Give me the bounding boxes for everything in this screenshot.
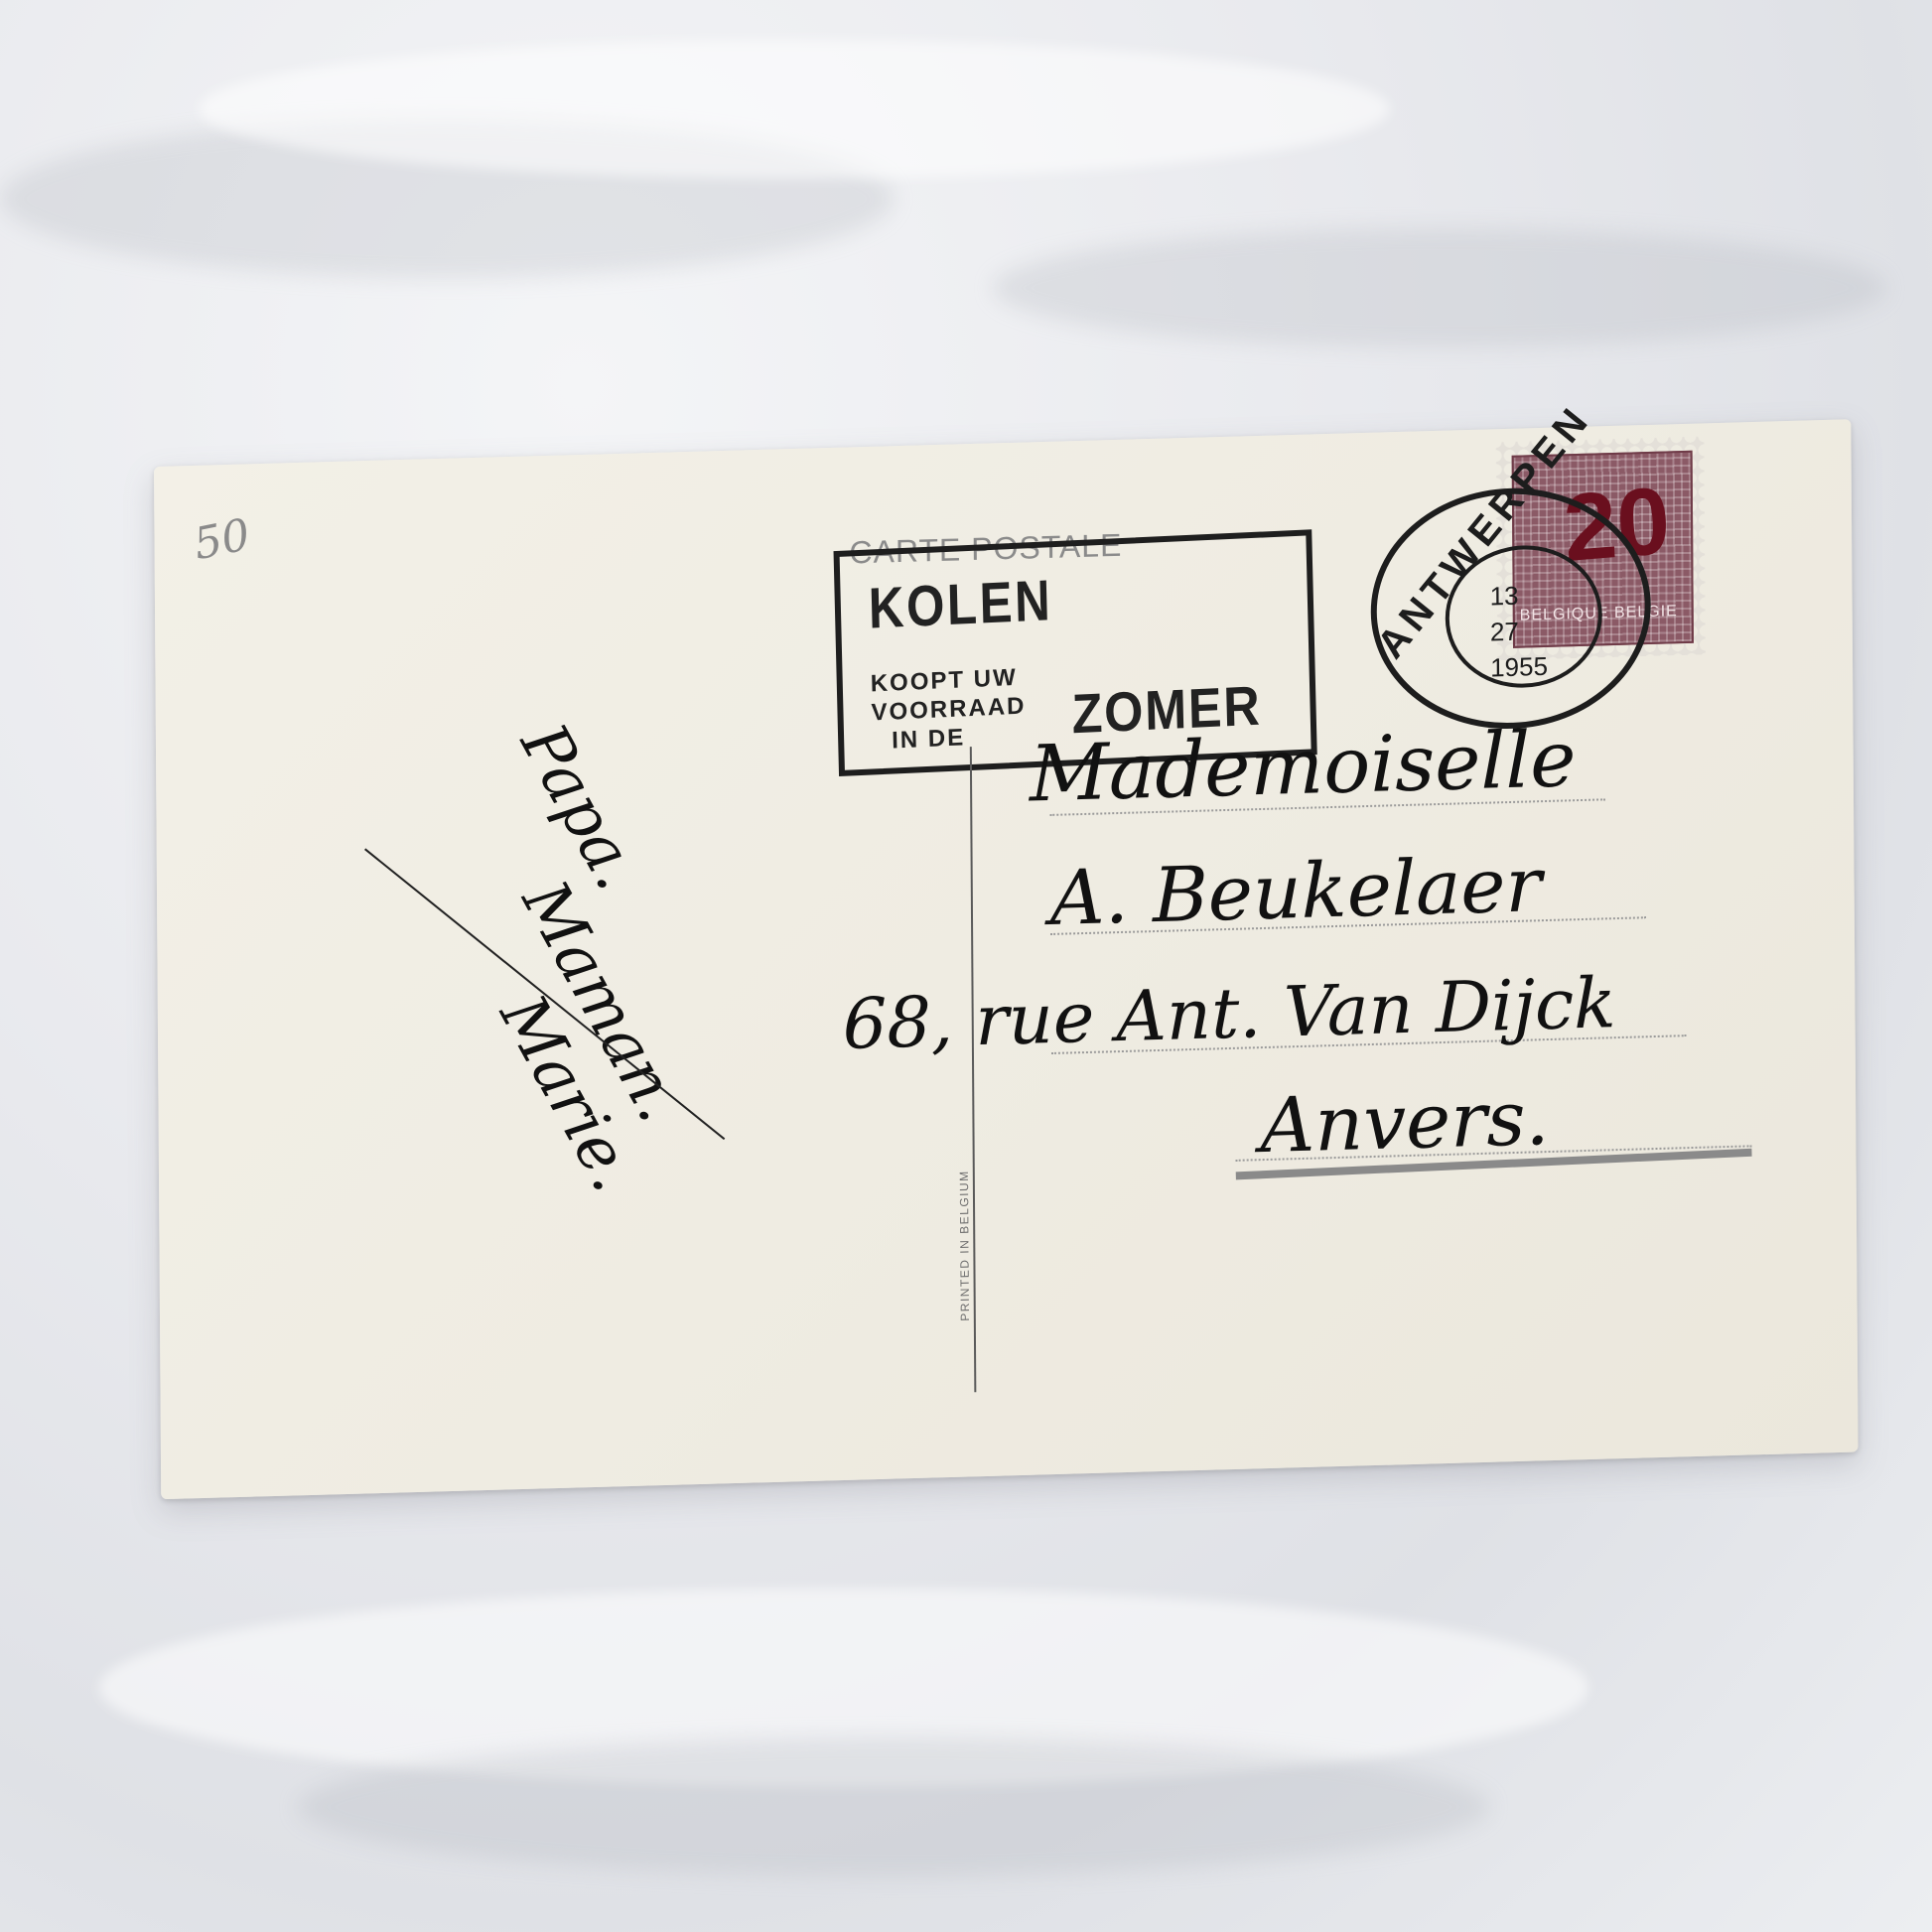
slogan-lines: KOOPT UW VOORRAAD IN DE — [870, 662, 1027, 756]
postmark-date: 13 27 1955 — [1490, 577, 1549, 686]
postmark-time: 13 — [1490, 577, 1548, 615]
slogan-headline: KOLEN — [868, 567, 1053, 641]
address-line-3: 68, rue Ant. Van Dijck — [843, 962, 1616, 1065]
postcard: 50 CARTE POSTALE KOLEN KOOPT UW VOORRAAD… — [154, 419, 1859, 1499]
address-line-2: A. Beukelaer — [1050, 840, 1542, 942]
handwritten-message: Papa. Maman. Marie. — [376, 712, 779, 1203]
slogan-line: IN DE — [872, 720, 1028, 756]
postmark-year: 1955 — [1490, 648, 1548, 686]
pencil-price-note: 50 — [190, 509, 253, 570]
address-line-1: Mademoiselle — [1030, 715, 1577, 819]
address-line-4: Anvers. — [1260, 1073, 1550, 1170]
printed-in-belgium: PRINTED IN BELGIUM — [957, 1170, 972, 1321]
postmark-day: 27 — [1490, 613, 1548, 650]
photo-scene: 50 CARTE POSTALE KOLEN KOOPT UW VOORRAAD… — [0, 0, 1932, 1932]
